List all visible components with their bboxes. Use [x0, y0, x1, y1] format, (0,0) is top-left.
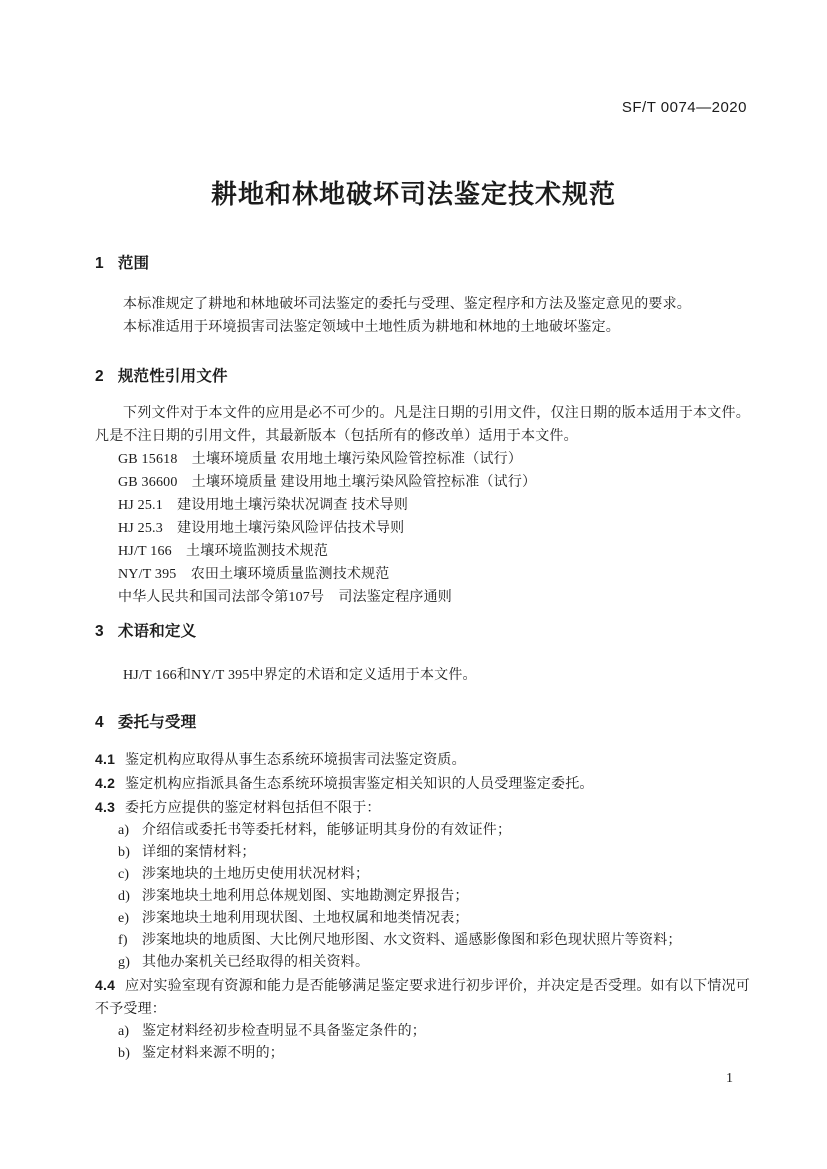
list-item-text: 鉴定材料经初步检查明显不具备鉴定条件的；: [142, 1024, 426, 1039]
paragraph: 本标准规定了耕地和林地破坏司法鉴定的委托与受理、鉴定程序和方法及鉴定意见的要求。: [95, 293, 750, 316]
list-item-text: 涉案地块的地质图、大比例尺地形图、水文资料、遥感影像图和彩色现状照片等资料；: [142, 933, 682, 948]
clause-4-2: 4.2鉴定机构应指派具备生态系统环境损害鉴定相关知识的人员受理鉴定委托。: [95, 772, 750, 796]
list-item-text: 涉案地块土地利用现状图、土地权属和地类情况表；: [142, 911, 469, 926]
clause-text: 应对实验室现有资源和能力是否能够满足鉴定要求进行初步评价，并决定是否受理。如有以…: [95, 979, 750, 1017]
clause-4-3-list: a)介绍信或委托书等委托材料，能够证明其身份的有效证件； b)详细的案情材料； …: [95, 820, 750, 974]
list-item-label: g): [118, 952, 142, 974]
list-item: a)介绍信或委托书等委托材料，能够证明其身份的有效证件；: [118, 820, 750, 842]
section-terms: 3术语和定义 HJ/T 166和NY/T 395中界定的术语和定义适用于本文件。: [95, 620, 750, 687]
document-title: 耕地和林地破坏司法鉴定技术规范: [0, 174, 827, 211]
reference-item: NY/T 395 农田土壤环境质量监测技术规范: [118, 563, 750, 586]
paragraph: 下列文件对于本文件的应用是必不可少的。凡是注日期的引用文件，仅注日期的版本适用于…: [95, 402, 750, 448]
section-heading-scope: 1范围: [95, 252, 750, 275]
clause-4-4: 4.4应对实验室现有资源和能力是否能够满足鉴定要求进行初步评价，并决定是否受理。…: [95, 974, 750, 1021]
section-number: 4: [95, 711, 104, 734]
list-item-label: a): [118, 820, 142, 842]
clause-number: 4.2: [95, 772, 125, 795]
list-item-text: 其他办案机关已经取得的相关资料。: [142, 955, 369, 970]
list-item-label: b): [118, 842, 142, 864]
list-item-label: b): [118, 1043, 142, 1065]
list-item-text: 鉴定材料来源不明的；: [142, 1046, 284, 1061]
list-item: e)涉案地块土地利用现状图、土地权属和地类情况表；: [118, 908, 750, 930]
standard-code: SF/T 0074—2020: [622, 99, 747, 116]
clause-number: 4.4: [95, 974, 125, 997]
paragraph: 本标准适用于环境损害司法鉴定领域中土地性质为耕地和林地的土地破坏鉴定。: [95, 316, 750, 339]
clause-text: 鉴定机构应取得从事生态系统环境损害司法鉴定资质。: [125, 753, 466, 768]
reference-item: HJ 25.3 建设用地土壤污染风险评估技术导则: [118, 517, 750, 540]
page-number: 1: [726, 1071, 733, 1087]
reference-item: 中华人民共和国司法部令第107号 司法鉴定程序通则: [118, 586, 750, 609]
clause-number: 4.1: [95, 748, 125, 771]
list-item-text: 详细的案情材料；: [142, 845, 256, 860]
section-title: 术语和定义: [118, 623, 197, 640]
list-item: b)鉴定材料来源不明的；: [118, 1043, 750, 1065]
list-item: b)详细的案情材料；: [118, 842, 750, 864]
clause-4-4-list: a)鉴定材料经初步检查明显不具备鉴定条件的； b)鉴定材料来源不明的；: [95, 1021, 750, 1065]
section-heading-references: 2规范性引用文件: [95, 365, 750, 388]
section-title: 规范性引用文件: [118, 368, 228, 385]
section-number: 3: [95, 620, 104, 643]
list-item-text: 涉案地块的土地历史使用状况材料；: [142, 867, 369, 882]
section-title: 委托与受理: [118, 714, 197, 731]
document-page: SF/T 0074—2020 耕地和林地破坏司法鉴定技术规范 1范围 本标准规定…: [0, 0, 827, 1169]
reference-item: GB 36600 土壤环境质量 建设用地土壤污染风险管控标准（试行）: [118, 471, 750, 494]
section-number: 1: [95, 252, 104, 275]
reference-item: GB 15618 土壤环境质量 农用地土壤污染风险管控标准（试行）: [118, 448, 750, 471]
clause-number: 4.3: [95, 796, 125, 819]
list-item: d)涉案地块土地利用总体规划图、实地勘测定界报告；: [118, 886, 750, 908]
section-number: 2: [95, 365, 104, 388]
list-item-text: 涉案地块土地利用总体规划图、实地勘测定界报告；: [142, 889, 469, 904]
list-item-label: e): [118, 908, 142, 930]
clause-text: 委托方应提供的鉴定材料包括但不限于：: [125, 801, 381, 816]
clause-4-3: 4.3委托方应提供的鉴定材料包括但不限于：: [95, 796, 750, 820]
reference-item: HJ/T 166 土壤环境监测技术规范: [118, 540, 750, 563]
list-item-label: f): [118, 930, 142, 952]
list-item-label: c): [118, 864, 142, 886]
list-item-label: d): [118, 886, 142, 908]
reference-item: HJ 25.1 建设用地土壤污染状况调查 技术导则: [118, 494, 750, 517]
section-normative-references: 2规范性引用文件 下列文件对于本文件的应用是必不可少的。凡是注日期的引用文件，仅…: [95, 365, 750, 609]
section-scope: 1范围 本标准规定了耕地和林地破坏司法鉴定的委托与受理、鉴定程序和方法及鉴定意见…: [95, 252, 750, 339]
document-body: 1范围 本标准规定了耕地和林地破坏司法鉴定的委托与受理、鉴定程序和方法及鉴定意见…: [95, 252, 750, 1065]
section-heading-commission: 4委托与受理: [95, 711, 750, 734]
list-item: f)涉案地块的地质图、大比例尺地形图、水文资料、遥感影像图和彩色现状照片等资料；: [118, 930, 750, 952]
list-item: a)鉴定材料经初步检查明显不具备鉴定条件的；: [118, 1021, 750, 1043]
clause-4-1: 4.1鉴定机构应取得从事生态系统环境损害司法鉴定资质。: [95, 748, 750, 772]
section-heading-terms: 3术语和定义: [95, 620, 750, 643]
list-item-text: 介绍信或委托书等委托材料，能够证明其身份的有效证件；: [142, 823, 511, 838]
list-item: g)其他办案机关已经取得的相关资料。: [118, 952, 750, 974]
clause-text: 鉴定机构应指派具备生态系统环境损害鉴定相关知识的人员受理鉴定委托。: [125, 777, 594, 792]
paragraph: HJ/T 166和NY/T 395中界定的术语和定义适用于本文件。: [95, 664, 750, 687]
list-item-label: a): [118, 1021, 142, 1043]
section-title: 范围: [118, 255, 149, 272]
list-item: c)涉案地块的土地历史使用状况材料；: [118, 864, 750, 886]
section-commission: 4委托与受理 4.1鉴定机构应取得从事生态系统环境损害司法鉴定资质。 4.2鉴定…: [95, 711, 750, 1065]
